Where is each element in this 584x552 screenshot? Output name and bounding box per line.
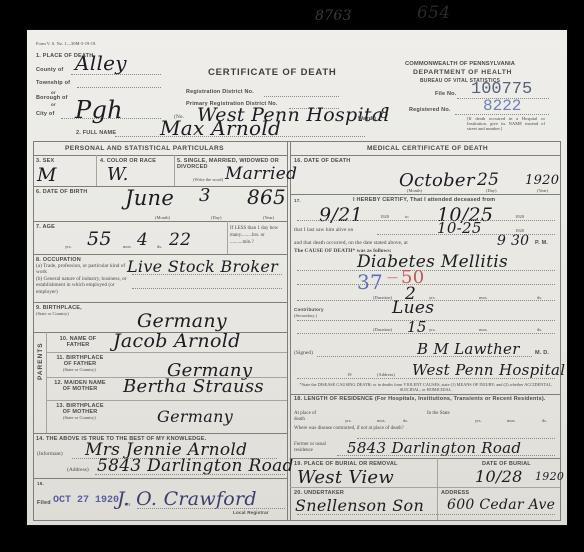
mother-birthplace-label: 13. BIRTHPLACE OF MOTHER: [53, 403, 107, 415]
contributory-label: Contributory: [294, 307, 324, 312]
burial-place-value: West View: [297, 467, 394, 488]
in-state-ds: ds.: [542, 418, 547, 423]
less-than-day-text: If LESS than 1 day how many.........hrs.…: [230, 225, 286, 246]
age-mos-label: mos.: [123, 244, 132, 249]
death-time-suffix: P. M.: [535, 240, 548, 246]
or-label-2: or: [51, 102, 56, 107]
filing-section-num: 15.: [37, 481, 44, 486]
occupation-a-label: (a) Trade, profession, or particular kin…: [36, 263, 134, 276]
age-ds-label: ds.: [157, 244, 162, 249]
county-label: County of: [36, 67, 63, 73]
ward-value: 8: [380, 106, 389, 122]
age-days: 22: [169, 230, 191, 250]
registrar-signature: J. O. Crawford: [117, 488, 257, 510]
dob-month-label: (Month): [155, 215, 170, 220]
signed-label: (Signed): [294, 350, 313, 356]
father-birthplace-label: 11. BIRTHPLACE OF FATHER: [53, 355, 107, 367]
death-time-text: and that death occurred, on the date sta…: [294, 240, 408, 246]
filed-label: Filed: [37, 500, 51, 506]
form-number: Form V. S. No. 1—30M-5-19-19.: [36, 41, 96, 46]
birthplace-hint: (State or Country): [36, 311, 69, 316]
father-name-value: Jacob Arnold: [113, 330, 241, 352]
parents-side-label: PARENTS: [37, 342, 44, 380]
birthplace-value: Germany: [137, 310, 227, 332]
in-state-yrs: yrs.: [475, 418, 482, 423]
father-name-label: 10. NAME OF FATHER: [53, 336, 103, 348]
contrib-duration-yrs: yrs.: [429, 327, 436, 332]
father-birthplace-hint: (State or Country): [63, 367, 96, 372]
contributory-value: Lues: [392, 298, 434, 318]
occupation-b-label: (b) General nature of industry, business…: [36, 276, 134, 295]
filed-stamp: OCT 27 1920: [53, 495, 119, 506]
physician-address-label: (Address): [377, 372, 395, 377]
marital-value: Married: [225, 164, 297, 184]
informant-label: (Informant): [37, 451, 63, 457]
registration-district-label: Registration District No.: [186, 89, 254, 95]
death-month-label: (Month): [407, 188, 422, 193]
contrib-duration-mos: mos.: [479, 327, 488, 332]
undertaker-value: Snellenson Son: [295, 496, 424, 515]
marital-hint: (Write the word): [193, 177, 223, 182]
in-state-mos: mos.: [507, 418, 516, 423]
cause-footnote: *State the DISEASE CAUSING DEATH; or in …: [295, 382, 557, 392]
dob-month: June: [125, 186, 174, 210]
at-place-ds: ds.: [403, 418, 408, 423]
certify-num: 17.: [294, 198, 301, 203]
mother-name-label: 12. MAIDEN NAME OF MOTHER: [53, 380, 107, 392]
burial-date-year: 1920: [535, 470, 564, 483]
contracted-label: Where was disease contracted, if not at …: [294, 426, 414, 432]
death-time-value: 9 30: [497, 233, 529, 249]
dob-day: 3: [199, 185, 211, 206]
ward-label: Ward.): [358, 116, 376, 122]
city-label: City of: [36, 111, 55, 117]
burial-date-value: 10/28: [475, 467, 523, 486]
personal-section-title: PERSONAL AND STATISTICAL PARTICULARS: [65, 145, 224, 152]
attended-from-year: 1920: [380, 214, 389, 219]
attended-to-year: 1920: [515, 214, 524, 219]
death-day: 25: [477, 170, 499, 190]
dob-label: 6. DATE OF BIRTH: [36, 189, 87, 195]
cause-of-death-value: Diabetes Mellitis: [357, 252, 508, 272]
dob-year-label: (Year): [263, 215, 274, 220]
mother-name-value: Bertha Strauss: [123, 376, 264, 397]
undertaker-address-value: 600 Cedar Ave: [447, 497, 555, 513]
dob-day-label: (Day): [211, 215, 222, 220]
address-year-19: 19: [347, 372, 352, 377]
mother-birthplace-hint: (State or Country): [63, 415, 96, 420]
age-months: 4: [137, 230, 148, 250]
hospital-note: [If death occurred in a Hospital or Inst…: [467, 116, 545, 131]
contrib-duration-label: (Duration): [373, 327, 392, 332]
race-value: W.: [107, 164, 129, 185]
county-value: Alley: [75, 51, 127, 75]
agency-line-1: COMMONWEALTH OF PENNSYLVANIA: [405, 61, 515, 67]
full-name-label: 2. FULL NAME: [76, 130, 116, 136]
dob-year: 865: [247, 185, 286, 209]
at-place-yrs: yrs.: [345, 418, 352, 423]
physician-address-value: West Penn Hospital: [412, 361, 565, 379]
last-saw-text: that I last saw him alive on: [294, 227, 353, 233]
former-residence-label: Former or usual residence: [294, 442, 334, 454]
md-label: M. D.: [535, 350, 549, 356]
agency-line-2: DEPARTMENT OF HEALTH: [413, 69, 512, 76]
death-certificate: 8763 654 Form V. S. No. 1—30M-5-19-19. 1…: [27, 30, 567, 525]
certificate-title: CERTIFICATE OF DEATH: [208, 67, 337, 78]
borough-label: Borough of: [36, 95, 68, 101]
in-state-label: In the State: [427, 411, 451, 417]
residence-label: 18. LENGTH OF RESIDENCE (For Hospitals, …: [294, 396, 556, 402]
contributory-hint: (Secondary.): [294, 313, 317, 318]
cause-code-blue: 37: [357, 270, 383, 294]
age-yrs-label: yrs.: [65, 244, 72, 249]
informant-address-value: 5843 Darlington Road: [97, 456, 294, 476]
contrib-duration-ds: ds.: [537, 327, 542, 332]
top-number-left: 8763: [315, 8, 352, 24]
mother-birthplace-value: Germany: [157, 407, 233, 426]
file-no-label: File No.: [435, 91, 456, 97]
registered-no-label: Registered No.: [409, 107, 451, 113]
registered-no-value: 8222: [483, 97, 521, 115]
informant-address-label: (Address): [67, 467, 89, 473]
top-number-right: 654: [417, 3, 450, 23]
at-place-label: At place of death: [294, 411, 324, 423]
death-day-label: (Day): [486, 188, 497, 193]
death-year-label: (Year): [537, 188, 548, 193]
age-years: 55: [87, 228, 112, 250]
local-registrar-label: Local Registrar: [233, 510, 269, 515]
at-place-mos: mos.: [377, 418, 386, 423]
undertaker-address-label: ADDRESS: [441, 490, 469, 496]
township-label: Township of: [36, 80, 70, 86]
death-year: 1920: [525, 173, 559, 188]
age-label: 7. AGE: [36, 224, 55, 230]
medical-section-title: MEDICAL CERTIFICATE OF DEATH: [367, 145, 488, 152]
city-value: Pgh: [75, 96, 123, 124]
date-of-death-label: 16. DATE OF DEATH: [294, 158, 350, 164]
attended-from: 9/21: [319, 204, 363, 226]
certify-text: I HEREBY CERTIFY, That I attended deceas…: [353, 197, 495, 203]
sex-value: M: [37, 164, 57, 186]
attended-to-label: to: [405, 214, 409, 219]
